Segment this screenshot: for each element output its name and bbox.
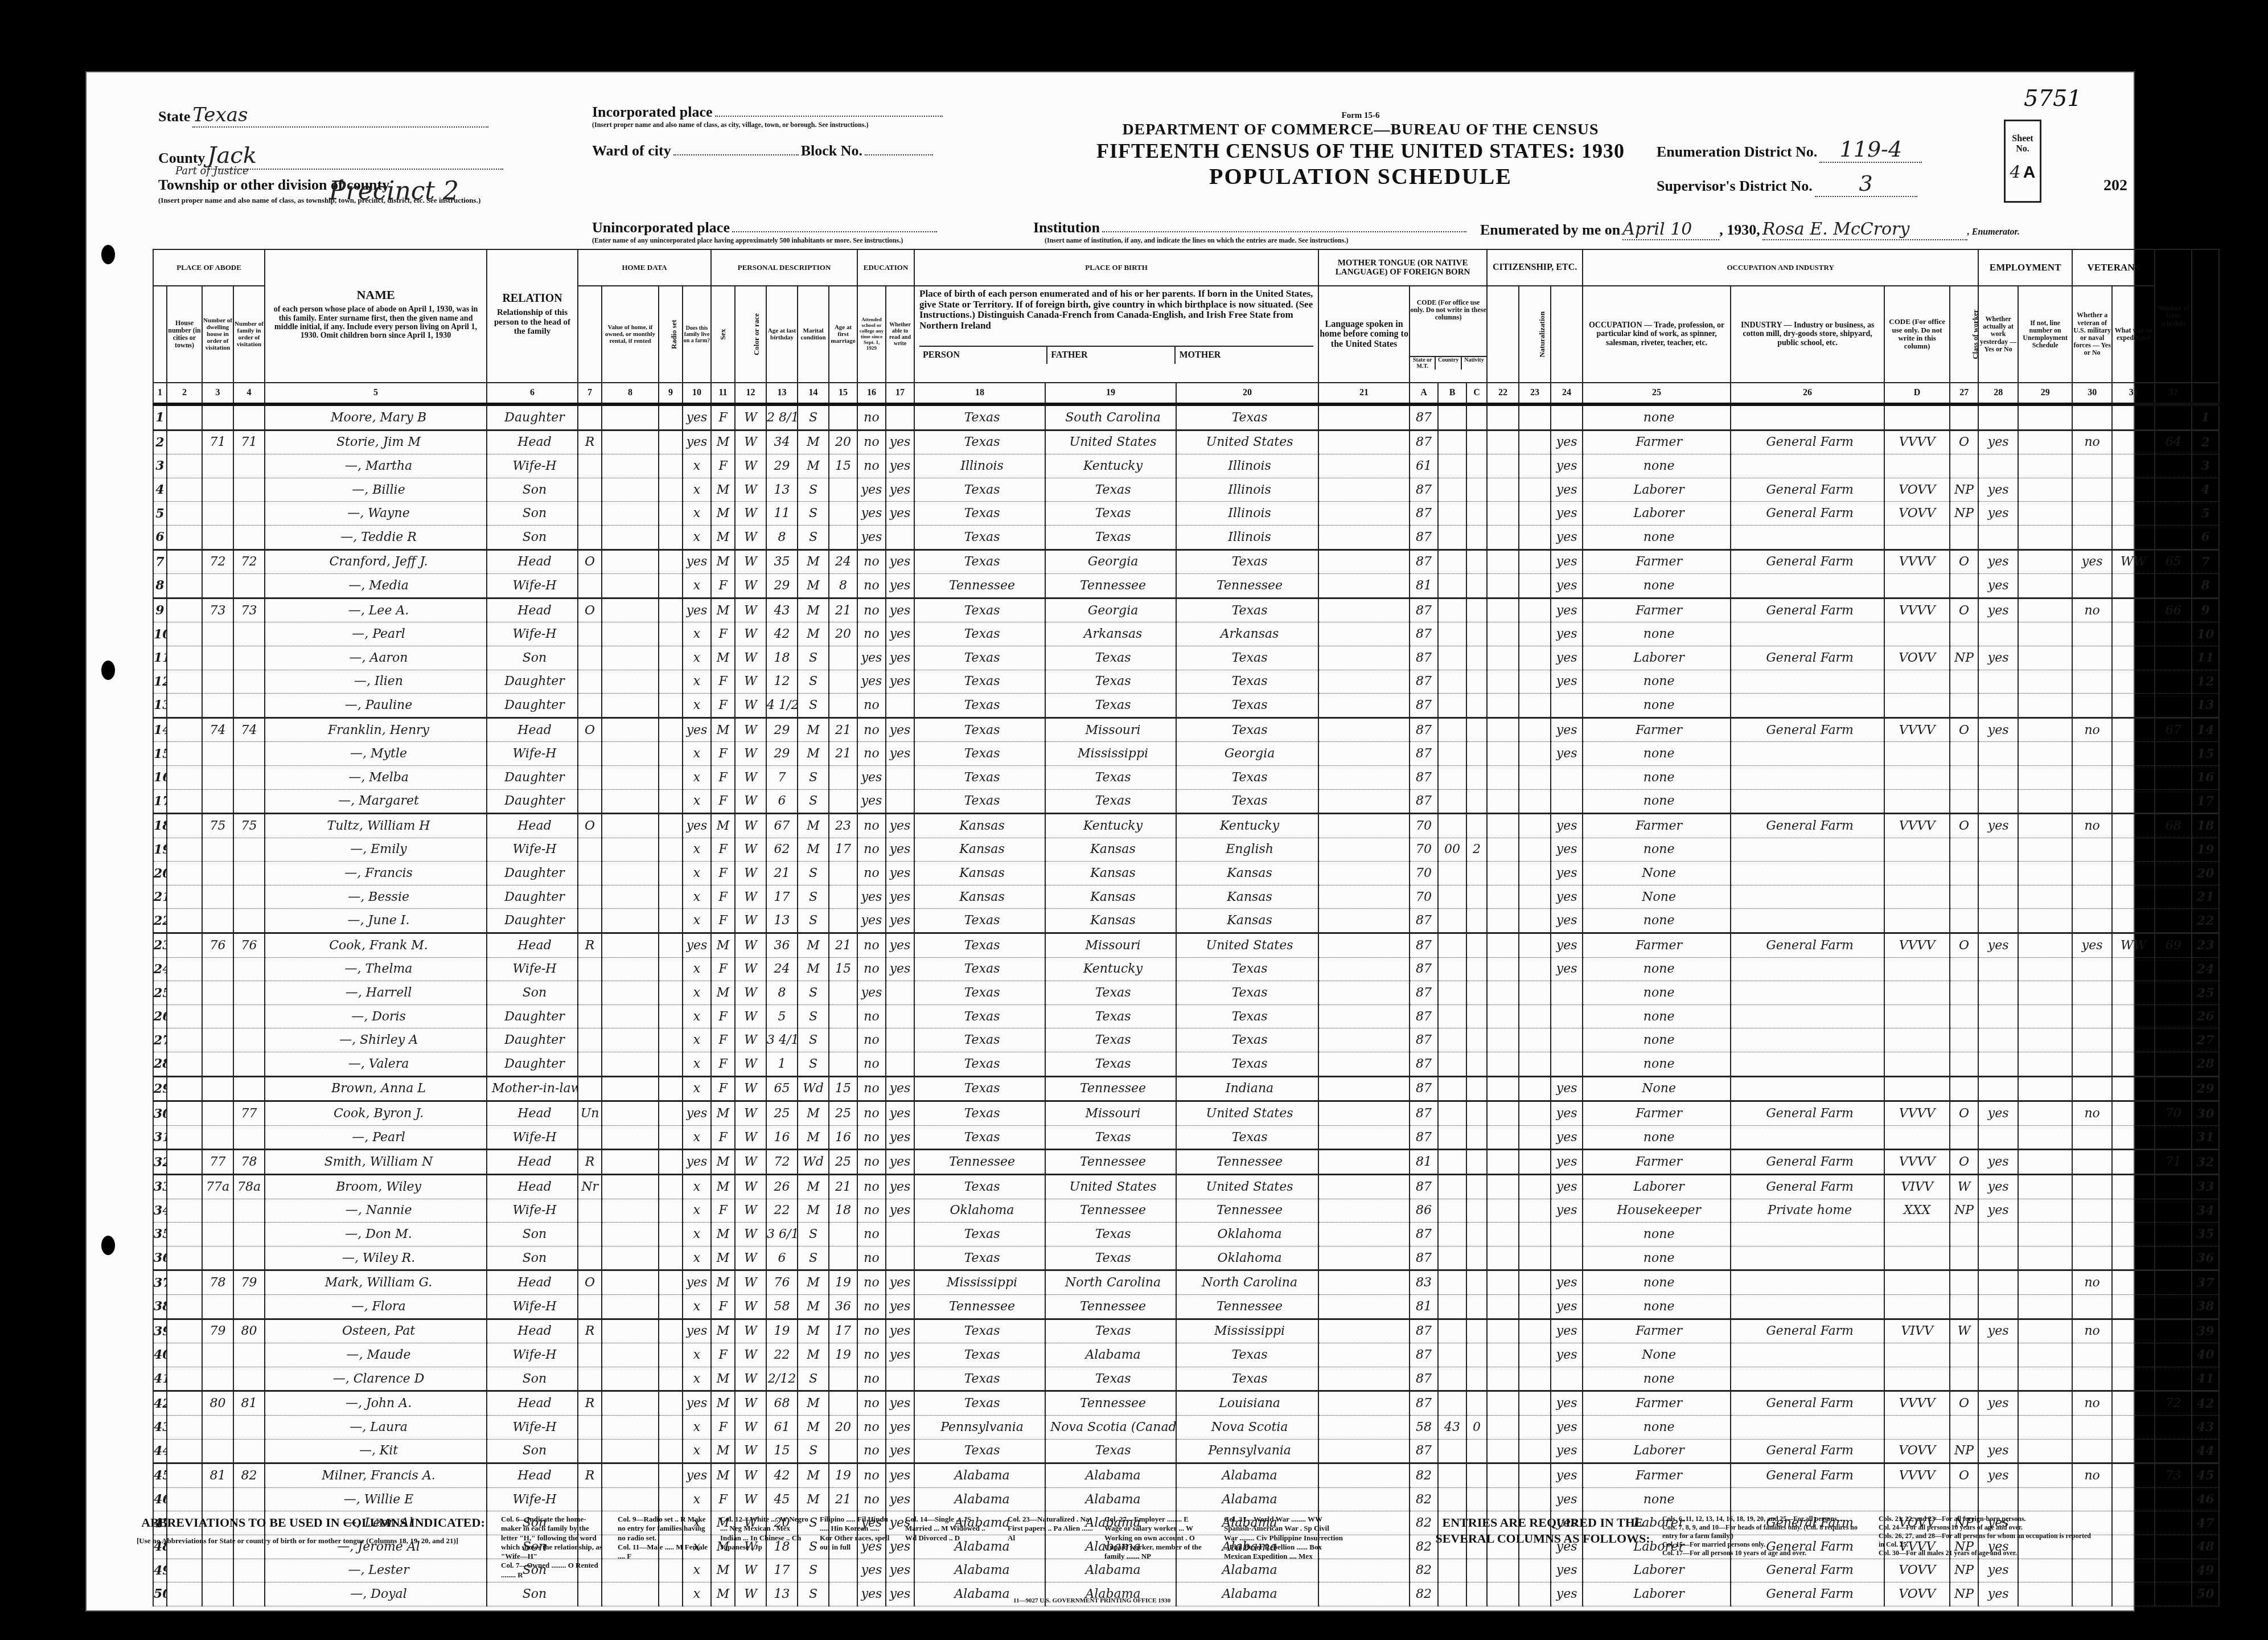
industry-code: [1884, 574, 1950, 598]
veteran: [2072, 454, 2112, 478]
dwelling-number: 81: [202, 1463, 233, 1488]
sex: F: [711, 1125, 735, 1150]
farm-schedule: 66: [2155, 598, 2192, 622]
supervisor-district-value: 3: [1815, 171, 1917, 197]
home-owned: O: [578, 717, 602, 742]
family-number: 78: [233, 1150, 265, 1175]
relation: Wife-H: [487, 742, 578, 766]
radio-set: [659, 1246, 683, 1270]
person-name: Brown, Anna L: [265, 1076, 487, 1101]
veteran: [2072, 694, 2112, 718]
code-country: [1438, 1319, 1466, 1343]
line-number: 21: [2192, 885, 2219, 909]
school-attendance: no: [857, 1487, 886, 1511]
table-row: 28—, ValeraDaughterxFW1SnoTexasTexasTexa…: [153, 1052, 2219, 1077]
age-first-marriage: 17: [829, 1319, 857, 1343]
industry-code: [1884, 1270, 1950, 1295]
speaks-english: [1551, 1028, 1583, 1052]
person-name: —, Lester: [265, 1559, 487, 1582]
war: [2112, 574, 2155, 598]
unemployment-line: [2018, 1076, 2072, 1101]
farm-residence: x: [683, 525, 711, 550]
marital-status: M: [798, 622, 829, 646]
code-country: [1438, 646, 1466, 670]
farm-schedule: 72: [2155, 1391, 2192, 1416]
birthplace-person: Texas: [914, 1343, 1045, 1367]
mother-tongue: [1318, 885, 1410, 909]
mother-tongue: [1318, 1294, 1410, 1319]
veteran: [2072, 1175, 2112, 1199]
line-number: 44: [153, 1439, 167, 1463]
age: 43: [766, 598, 798, 622]
at-work: yes: [1978, 1391, 2018, 1416]
age-first-marriage: 36: [829, 1294, 857, 1319]
abbrev-col23: Col. 23—Naturalized . Na First papers ..…: [1008, 1515, 1093, 1543]
family-number: [233, 404, 265, 430]
speaks-english: yes: [1551, 1076, 1583, 1101]
class-of-worker: NP: [1950, 1439, 1978, 1463]
table-row: 3—, MarthaWife-HxFW29M15noyesIllinoisKen…: [153, 454, 2219, 478]
birthplace-father: Missouri: [1045, 1101, 1176, 1126]
group-employment: EMPLOYMENT: [1978, 249, 2072, 286]
race: W: [735, 742, 766, 766]
birthplace-person: Texas: [914, 1391, 1045, 1416]
school-attendance: no: [857, 404, 886, 430]
birthplace-mother: English: [1176, 838, 1318, 862]
speaks-english: yes: [1551, 1415, 1583, 1439]
birthplace-mother: Texas: [1176, 981, 1318, 1005]
birthplace-mother: Nova Scotia: [1176, 1415, 1318, 1439]
at-work: [1978, 838, 2018, 862]
person-name: —, Doyal: [265, 1582, 487, 1606]
code-nativity: [1466, 404, 1487, 430]
sex: F: [711, 1343, 735, 1367]
radio-set: [659, 742, 683, 766]
read-write: yes: [886, 550, 914, 574]
code-state: 87: [1410, 1028, 1438, 1052]
age-first-marriage: [829, 646, 857, 670]
family-number: [233, 909, 265, 933]
family-number: [233, 1223, 265, 1247]
occupation: none: [1583, 694, 1731, 718]
class-of-worker: [1950, 1343, 1978, 1367]
dwelling-number: [202, 789, 233, 814]
age: 11: [766, 502, 798, 526]
birthplace-person: Texas: [914, 789, 1045, 814]
house-number: [167, 1294, 202, 1319]
mother-tongue: [1318, 1319, 1410, 1343]
farm-residence: yes: [683, 404, 711, 430]
group-place-of-abode: PLACE OF ABODE: [153, 249, 265, 286]
immigration-year: [1487, 1343, 1519, 1367]
person-name: —, Kit: [265, 1439, 487, 1463]
person-name: —, Willie E: [265, 1487, 487, 1511]
occupation: Farmer: [1583, 1463, 1731, 1488]
code-nativity: [1466, 1463, 1487, 1488]
line-number: 4: [2192, 478, 2219, 502]
header-dwelling-number: Number of dwelling house in order of vis…: [202, 286, 233, 383]
sex: M: [711, 1101, 735, 1126]
farm-schedule: [2155, 909, 2192, 933]
speaks-english: yes: [1551, 454, 1583, 478]
read-write: yes: [886, 885, 914, 909]
marital-status: S: [798, 404, 829, 430]
home-value: [602, 1439, 659, 1463]
code-state: 86: [1410, 1199, 1438, 1223]
naturalization: [1519, 1270, 1551, 1295]
relation: Son: [487, 1439, 578, 1463]
abbrev-col12: Col. 12—White .... W Negro .... Neg Mexi…: [720, 1515, 811, 1552]
occupation: None: [1583, 885, 1731, 909]
mother-tongue: [1318, 1270, 1410, 1295]
dwelling-number: [202, 765, 233, 789]
farm-residence: x: [683, 765, 711, 789]
occupation: Farmer: [1583, 717, 1731, 742]
birthplace-father: Texas: [1045, 1319, 1176, 1343]
at-work: yes: [1978, 598, 2018, 622]
person-name: Osteen, Pat: [265, 1319, 487, 1343]
birthplace-person: Texas: [914, 957, 1045, 981]
abbrev-col12b: Filipino ..... Fil Hindu ..... Hin Korea…: [820, 1515, 894, 1552]
naturalization: [1519, 909, 1551, 933]
speaks-english: yes: [1551, 1294, 1583, 1319]
line-number: 46: [2192, 1487, 2219, 1511]
header-race: Color or race: [735, 286, 766, 383]
abbreviations-title: ABBREVIATIONS TO BE USED IN COLUMNS INDI…: [137, 1515, 490, 1531]
radio-set: [659, 1052, 683, 1077]
war: [2112, 838, 2155, 862]
abbrev-col9-11: Col. 9—Radio set .. R Make no entry for …: [618, 1515, 709, 1561]
at-work: yes: [1978, 574, 2018, 598]
birthplace-person: Tennessee: [914, 1150, 1045, 1175]
birthplace-father: South Carolina: [1045, 404, 1176, 430]
industry-code: VVVV: [1884, 598, 1950, 622]
at-work: yes: [1978, 1150, 2018, 1175]
header-name: NAMEof each person whose place of abode …: [265, 249, 487, 383]
marital-status: M: [798, 550, 829, 574]
occupation: none: [1583, 1415, 1731, 1439]
race: W: [735, 525, 766, 550]
naturalization: [1519, 1052, 1551, 1077]
birthplace-father: Texas: [1045, 765, 1176, 789]
age-first-marriage: [829, 1004, 857, 1028]
race: W: [735, 814, 766, 838]
mother-tongue: [1318, 814, 1410, 838]
age: 12: [766, 670, 798, 694]
column-number: 27: [1950, 383, 1978, 404]
table-row: 3077Cook, Byron J.HeadUnyesMW25M25noyesT…: [153, 1101, 2219, 1126]
read-write: yes: [886, 1125, 914, 1150]
code-nativity: [1466, 933, 1487, 958]
person-name: —, Teddie R: [265, 525, 487, 550]
school-attendance: yes: [857, 789, 886, 814]
naturalization: [1519, 1487, 1551, 1511]
industry-code: [1884, 1294, 1950, 1319]
home-value: [602, 454, 659, 478]
dwelling-number: [202, 862, 233, 885]
industry: [1731, 622, 1884, 646]
age: 25: [766, 1101, 798, 1126]
house-number: [167, 1101, 202, 1126]
at-work: yes: [1978, 502, 2018, 526]
farm-schedule: [2155, 1004, 2192, 1028]
farm-residence: x: [683, 670, 711, 694]
read-write: yes: [886, 1487, 914, 1511]
industry: [1731, 1367, 1884, 1391]
war: [2112, 1439, 2155, 1463]
table-row: 38—, FloraWife-HxFW58M36noyesTennesseeTe…: [153, 1294, 2219, 1319]
age-first-marriage: [829, 1391, 857, 1416]
class-of-worker: [1950, 981, 1978, 1005]
sex: F: [711, 742, 735, 766]
mother-tongue: [1318, 1343, 1410, 1367]
sex: F: [711, 1028, 735, 1052]
birthplace-father: Kentucky: [1045, 957, 1176, 981]
sex: M: [711, 430, 735, 454]
age: 2/12: [766, 1367, 798, 1391]
age-first-marriage: 21: [829, 742, 857, 766]
home-value: [602, 1175, 659, 1199]
birthplace-person: Texas: [914, 1439, 1045, 1463]
marital-status: M: [798, 1319, 829, 1343]
abbreviations-note: [Use no Abbreviations for State or count…: [137, 1536, 490, 1545]
marital-status: M: [798, 1199, 829, 1223]
race: W: [735, 1199, 766, 1223]
industry: [1731, 862, 1884, 885]
race: W: [735, 1487, 766, 1511]
family-number: [233, 525, 265, 550]
birthplace-mother: Texas: [1176, 646, 1318, 670]
sex: M: [711, 550, 735, 574]
dwelling-number: 75: [202, 814, 233, 838]
family-number: [233, 694, 265, 718]
industry: [1731, 525, 1884, 550]
birthplace-mother: Texas: [1176, 1343, 1318, 1367]
industry: [1731, 1028, 1884, 1052]
school-attendance: yes: [857, 981, 886, 1005]
unemployment-line: [2018, 909, 2072, 933]
line-number: 35: [2192, 1223, 2219, 1247]
school-attendance: no: [857, 454, 886, 478]
at-work: yes: [1978, 1559, 2018, 1582]
house-number: [167, 742, 202, 766]
read-write: yes: [886, 1270, 914, 1295]
birthplace-person: Texas: [914, 525, 1045, 550]
table-row: 35—, Don M.SonxMW3 6/12SnoTexasTexasOkla…: [153, 1223, 2219, 1247]
race: W: [735, 478, 766, 502]
read-write: yes: [886, 1415, 914, 1439]
home-owned: [578, 404, 602, 430]
house-number: [167, 694, 202, 718]
immigration-year: [1487, 862, 1519, 885]
home-owned: R: [578, 1463, 602, 1488]
at-work: yes: [1978, 478, 2018, 502]
code-country: [1438, 1150, 1466, 1175]
home-owned: R: [578, 933, 602, 958]
birthplace-person: Texas: [914, 430, 1045, 454]
at-work: [1978, 1343, 2018, 1367]
naturalization: [1519, 957, 1551, 981]
home-owned: [578, 1028, 602, 1052]
header-veteran: Whether a veteran of U.S. military or na…: [2072, 286, 2112, 383]
immigration-year: [1487, 1415, 1519, 1439]
table-row: 428081—, John A.HeadRyesMW68MnoyesTexasT…: [153, 1391, 2219, 1416]
age: 3 4/12: [766, 1028, 798, 1052]
institution-note: (Insert name of institution, if any, and…: [1045, 236, 1534, 245]
at-work: [1978, 981, 2018, 1005]
code-nativity: 2: [1466, 838, 1487, 862]
occupation: Farmer: [1583, 1391, 1731, 1416]
dwelling-number: [202, 957, 233, 981]
class-of-worker: [1950, 670, 1978, 694]
table-row: 15—, MytleWife-HxFW29M21noyesTexasMissis…: [153, 742, 2219, 766]
read-write: yes: [886, 1076, 914, 1101]
read-write: yes: [886, 502, 914, 526]
table-row: 27—, Shirley ADaughterxFW3 4/12SnoTexasT…: [153, 1028, 2219, 1052]
radio-set: [659, 670, 683, 694]
header-unemployment-line: If not, line number on Unemployment Sche…: [2018, 286, 2072, 383]
person-name: —, Valera: [265, 1052, 487, 1077]
school-attendance: no: [857, 1270, 886, 1295]
abbrev-col11: Col. 11—Male ..... M Female .... F: [618, 1543, 709, 1561]
line-number: 30: [153, 1101, 167, 1126]
birthplace-mother: Alabama: [1176, 1559, 1318, 1582]
war: [2112, 885, 2155, 909]
class-of-worker: O: [1950, 1150, 1978, 1175]
marital-status: S: [798, 670, 829, 694]
person-name: —, Shirley A: [265, 1028, 487, 1052]
age: 29: [766, 717, 798, 742]
code-country: [1438, 1076, 1466, 1101]
age: 16: [766, 1125, 798, 1150]
farm-schedule: [2155, 502, 2192, 526]
radio-set: [659, 574, 683, 598]
industry: General Farm: [1731, 478, 1884, 502]
line-number: 16: [153, 765, 167, 789]
birthplace-father: Alabama: [1045, 1559, 1176, 1582]
class-of-worker: O: [1950, 814, 1978, 838]
dwelling-number: 76: [202, 933, 233, 958]
entries-required-right: Cols. 21, 22, and 23—For all foreign-bor…: [1879, 1515, 2095, 1557]
class-of-worker: [1950, 742, 1978, 766]
house-number: [167, 765, 202, 789]
code-state: 87: [1410, 502, 1438, 526]
age-first-marriage: [829, 502, 857, 526]
code-nativity: [1466, 885, 1487, 909]
age: 61: [766, 1415, 798, 1439]
dwelling-number: [202, 1343, 233, 1367]
line-number: 22: [153, 909, 167, 933]
mother-tongue: [1318, 1246, 1410, 1270]
war: [2112, 502, 2155, 526]
table-row: 27171Storie, Jim MHeadRyesMW34M20noyesTe…: [153, 430, 2219, 454]
unincorporated-field: Unincorporated place (Enter name of any …: [592, 219, 956, 245]
county-value: Jack: [207, 142, 503, 170]
radio-set: [659, 646, 683, 670]
relation: Son: [487, 646, 578, 670]
race: W: [735, 1004, 766, 1028]
naturalization: [1519, 717, 1551, 742]
home-value: [602, 1294, 659, 1319]
farm-schedule: [2155, 1367, 2192, 1391]
table-row: 34—, NannieWife-HxFW22M18noyesOklahomaTe…: [153, 1199, 2219, 1223]
sheet-side: A: [2023, 163, 2036, 182]
age-first-marriage: 20: [829, 1415, 857, 1439]
marital-status: S: [798, 862, 829, 885]
immigration-year: [1487, 1150, 1519, 1175]
marital-status: S: [798, 1004, 829, 1028]
age: 3 6/12: [766, 1223, 798, 1247]
table-row: 13—, PaulineDaughterxFW4 1/2SnoTexasTexa…: [153, 694, 2219, 718]
dwelling-number: [202, 1487, 233, 1511]
unemployment-line: [2018, 1270, 2072, 1295]
war: WW: [2112, 550, 2155, 574]
farm-schedule: 71: [2155, 1150, 2192, 1175]
mother-tongue: [1318, 909, 1410, 933]
farm-residence: x: [683, 1052, 711, 1077]
naturalization: [1519, 885, 1551, 909]
farm-schedule: 68: [2155, 814, 2192, 838]
farm-residence: x: [683, 1367, 711, 1391]
naturalization: [1519, 404, 1551, 430]
read-write: yes: [886, 862, 914, 885]
naturalization: [1519, 1582, 1551, 1606]
home-value: [602, 1582, 659, 1606]
class-of-worker: NP: [1950, 646, 1978, 670]
race: W: [735, 646, 766, 670]
group-personal-description: PERSONAL DESCRIPTION: [711, 249, 857, 286]
house-number: [167, 430, 202, 454]
home-value: [602, 838, 659, 862]
census-title: FIFTEENTH CENSUS OF THE UNITED STATES: 1…: [1053, 139, 1668, 163]
war: [2112, 1101, 2155, 1126]
school-attendance: no: [857, 1125, 886, 1150]
read-write: yes: [886, 670, 914, 694]
line-number: 29: [153, 1076, 167, 1101]
table-row: 12—, IlienDaughterxFW12SyesyesTexasTexas…: [153, 670, 2219, 694]
war: [2112, 1270, 2155, 1295]
industry-code: [1884, 885, 1950, 909]
school-attendance: no: [857, 1246, 886, 1270]
occupation: none: [1583, 1223, 1731, 1247]
age: 72: [766, 1150, 798, 1175]
at-work: yes: [1978, 717, 2018, 742]
veteran: [2072, 574, 2112, 598]
speaks-english: yes: [1551, 502, 1583, 526]
dwelling-number: [202, 981, 233, 1005]
war: [2112, 1343, 2155, 1367]
code-state: 70: [1410, 862, 1438, 885]
farm-residence: x: [683, 1582, 711, 1606]
code-nativity: [1466, 1559, 1487, 1582]
age: 42: [766, 1463, 798, 1488]
farm-residence: x: [683, 1199, 711, 1223]
occupation: none: [1583, 838, 1731, 862]
line-number: 42: [2192, 1391, 2219, 1416]
line-number: 30: [2192, 1101, 2219, 1126]
sheet-number: 4: [2010, 162, 2021, 182]
family-number: [233, 957, 265, 981]
family-number: 79: [233, 1270, 265, 1295]
war: [2112, 670, 2155, 694]
farm-schedule: [2155, 404, 2192, 430]
birthplace-father: Georgia: [1045, 598, 1176, 622]
sex: F: [711, 694, 735, 718]
family-number: [233, 1343, 265, 1367]
code-nativity: 0: [1466, 1415, 1487, 1439]
table-row: 237676Cook, Frank M.HeadRyesMW36M21noyes…: [153, 933, 2219, 958]
relation: Daughter: [487, 670, 578, 694]
